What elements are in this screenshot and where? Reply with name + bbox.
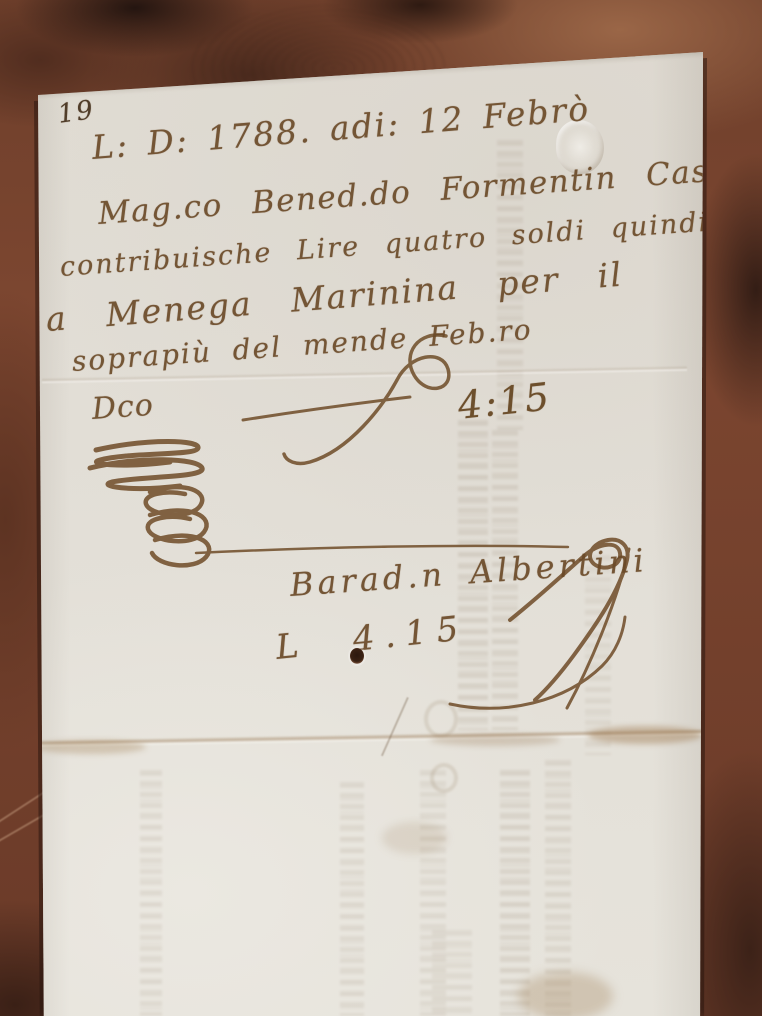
folio-number: 19 — [56, 95, 97, 130]
worm-hole — [350, 648, 364, 664]
ditto-mark: Dco — [91, 388, 155, 427]
manuscript-paper: 19 L: D: 1788. adi: 12 Febrò Mag.co Bene… — [0, 0, 762, 1016]
photo-of-manuscript: 19 L: D: 1788. adi: 12 Febrò Mag.co Bene… — [0, 0, 762, 1016]
